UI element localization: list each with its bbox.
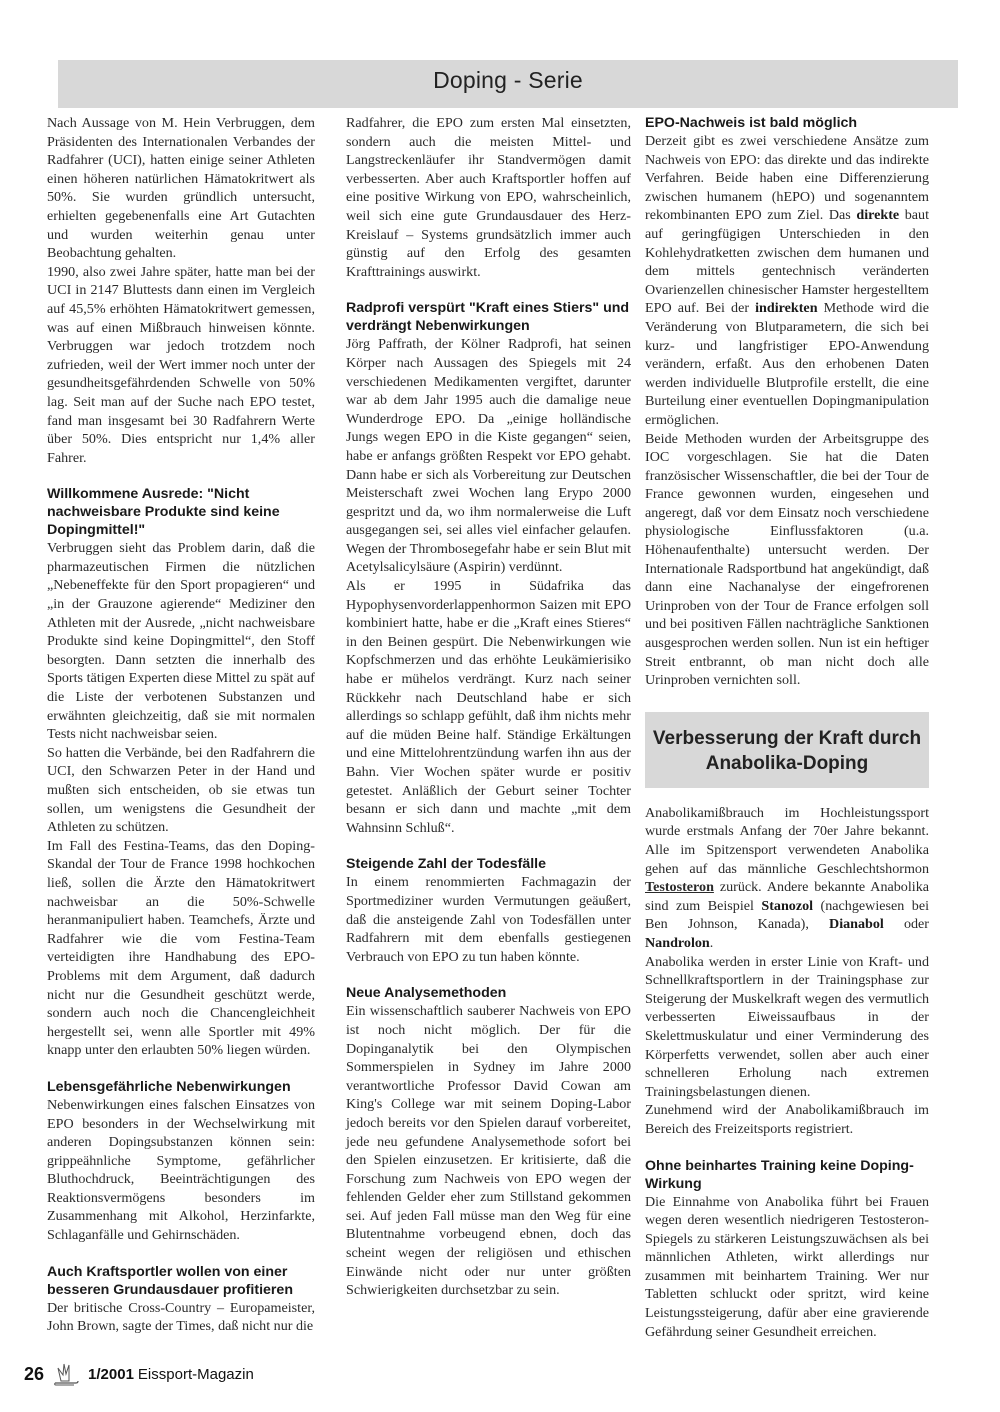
bold-term: indirekten xyxy=(755,300,817,316)
paragraph: Jörg Paffrath, der Kölner Radprofi, hat … xyxy=(346,335,631,577)
paragraph: Als er 1995 in Südafrika das Hypophysenv… xyxy=(346,577,631,837)
text-run: . xyxy=(710,935,714,951)
magazine-name: Eissport-Magazin xyxy=(138,1366,254,1383)
paragraph: Anabolikamißbrauch im Hochleistungssport… xyxy=(645,804,929,953)
paragraph: Im Fall des Festina-Teams, das den Dopin… xyxy=(47,837,315,1060)
text-run: Anabolikamißbrauch im Hochleistungssport… xyxy=(645,805,929,877)
subheading: Steigende Zahl der Todesfälle xyxy=(346,855,631,873)
paragraph: Zunehmend wird der Anabolikamißbrauch im… xyxy=(645,1101,929,1138)
bold-term: Stanozol xyxy=(761,898,813,914)
column-1: Nach Aussage von M. Hein Verbruggen, dem… xyxy=(47,114,315,1336)
bold-term: direkte xyxy=(856,207,899,223)
paragraph: Derzeit gibt es zwei verschiedene Ansätz… xyxy=(645,132,929,430)
paragraph: So hatten die Verbände, bei den Radfahre… xyxy=(47,744,315,837)
issue-number: 1/2001 xyxy=(88,1366,134,1383)
subheading: Ohne beinhartes Training keine Doping-Wi… xyxy=(645,1157,929,1193)
text-run: oder xyxy=(884,916,929,932)
subheading: Radprofi verspürt "Kraft eines Stiers" u… xyxy=(346,299,631,335)
bold-term: Dianabol xyxy=(829,916,884,932)
paragraph: 1990, also zwei Jahre später, hatte man … xyxy=(47,263,315,468)
paragraph: Die Einnahme von Anabolika führt bei Fra… xyxy=(645,1193,929,1342)
subheading: Neue Analysemethoden xyxy=(346,984,631,1002)
paragraph: Nach Aussage von M. Hein Verbruggen, dem… xyxy=(47,114,315,263)
column-2: Radfahrer, die EPO zum ersten Mal einset… xyxy=(346,114,631,1300)
section-title: Doping - Serie xyxy=(58,67,958,94)
subheading: EPO-Nachweis ist bald möglich xyxy=(645,114,929,132)
subheading: Lebensgefährliche Nebenwirkungen xyxy=(47,1078,315,1096)
paragraph: Verbruggen sieht das Problem darin, daß … xyxy=(47,539,315,744)
paragraph: Beide Methoden wurden der Arbeitsgruppe … xyxy=(645,430,929,690)
text-run: Methode wird die Veränderung von Blutpar… xyxy=(645,300,929,428)
section-banner: Doping - Serie xyxy=(58,60,958,108)
paragraph: Ein wissenschaftlich sauberer Nachweis v… xyxy=(346,1002,631,1300)
paragraph: In einem renommierten Fachmagazin der Sp… xyxy=(346,873,631,966)
paragraph: Nebenwirkungen eines falschen Einsatzes … xyxy=(47,1096,315,1245)
anabolika-box-title: Verbesserung der Kraft durch Anabolika-D… xyxy=(645,712,929,788)
paragraph: Anabolika werden in erster Linie von Kra… xyxy=(645,953,929,1102)
page-footer: 26 1/2001 Eissport-Magazin xyxy=(24,1360,254,1388)
column-3: EPO-Nachweis ist bald möglich Derzeit gi… xyxy=(645,114,929,1341)
subheading: Auch Kraftsportler wollen von einer bess… xyxy=(47,1263,315,1299)
skate-wing-logo-icon xyxy=(52,1360,80,1388)
paragraph: Der britische Cross-Country – Europameis… xyxy=(47,1299,315,1336)
bold-term: Nandrolon xyxy=(645,935,710,951)
paragraph: Radfahrer, die EPO zum ersten Mal einset… xyxy=(346,114,631,281)
subheading: Willkommene Ausrede: "Nicht nachweisbare… xyxy=(47,485,315,539)
page-number: 26 xyxy=(24,1364,44,1385)
bold-underlined-term: Testosteron xyxy=(645,879,714,895)
